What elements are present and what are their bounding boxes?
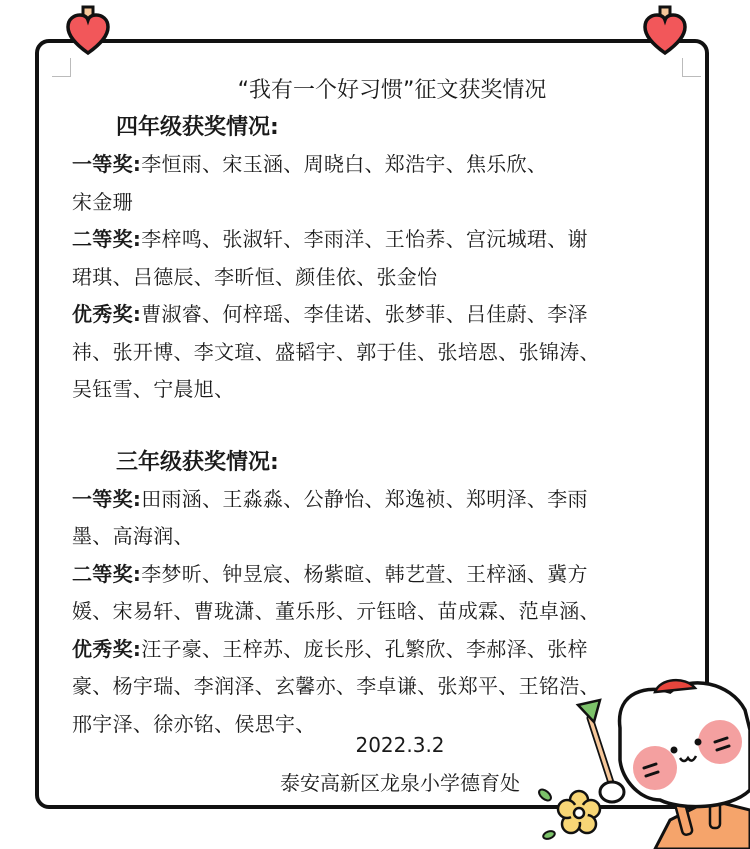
award-label: 一等奖: <box>72 487 141 511</box>
award-label: 一等奖: <box>72 152 141 176</box>
award-names: 宋金珊 <box>72 190 133 214</box>
award-line: 宋金珊 <box>72 184 692 222</box>
heart-pin-icon <box>641 5 689 57</box>
award-names: 墨、高海润、 <box>72 524 194 548</box>
award-line: 媛、宋易轩、曹珑潇、董乐彤、亓钰晗、苗成霖、范卓涵、 <box>72 593 692 631</box>
award-label: 优秀奖: <box>72 302 141 326</box>
grade-heading: 三年级获奖情况: <box>72 445 692 481</box>
page-title: “我有一个好习惯”征文获奖情况 <box>92 72 692 110</box>
award-line: 二等奖:李梓鸣、张淑轩、李雨洋、王怡荞、宫沅城珺、谢 <box>72 221 692 259</box>
grade-heading: 四年级获奖情况: <box>72 110 692 146</box>
award-label: 二等奖: <box>72 562 141 586</box>
award-line: 优秀奖:曹淑睿、何梓瑶、李佳诺、张梦菲、吕佳蔚、李泽 <box>72 296 692 334</box>
corner-mark <box>52 58 71 77</box>
award-line: 二等奖:李梦昕、钟昱宸、杨紫暄、韩艺萱、王梓涵、冀方 <box>72 556 692 594</box>
award-label: 二等奖: <box>72 227 141 251</box>
award-names: 田雨涵、王淼淼、公静怡、郑逸祯、郑明泽、李雨 <box>141 487 588 511</box>
award-names: 邢宇泽、徐亦铭、侯思宇、 <box>72 712 316 736</box>
award-line: 优秀奖:汪子豪、王梓苏、庞长彤、孔繁欣、李郝泽、张梓 <box>72 631 692 669</box>
award-names: 曹淑睿、何梓瑶、李佳诺、张梦菲、吕佳蔚、李泽 <box>141 302 588 326</box>
notice-content: “我有一个好习惯”征文获奖情况 四年级获奖情况: 一等奖:李恒雨、宋玉涵、周晓白… <box>72 72 692 743</box>
award-names: 李梓鸣、张淑轩、李雨洋、王怡荞、宫沅城珺、谢 <box>141 227 588 251</box>
award-line: 珺琪、吕德辰、李昕恒、颜佳依、张金怡 <box>72 259 692 297</box>
award-line: 吴钰雪、宁晨旭、 <box>72 371 692 409</box>
heart-pin-icon <box>64 5 112 57</box>
award-names: 吴钰雪、宁晨旭、 <box>72 377 234 401</box>
award-names: 豪、杨宇瑞、李润泽、玄馨亦、李卓谦、张郑平、王铭浩、 <box>72 674 600 698</box>
award-line: 一等奖:李恒雨、宋玉涵、周晓白、郑浩宇、焦乐欣、 <box>72 146 692 184</box>
award-line: 墨、高海润、 <box>72 518 692 556</box>
award-names: 媛、宋易轩、曹珑潇、董乐彤、亓钰晗、苗成霖、范卓涵、 <box>72 599 600 623</box>
award-names: 珺琪、吕德辰、李昕恒、颜佳依、张金怡 <box>72 265 437 289</box>
section-spacer <box>72 409 692 445</box>
cat-painter-illustration <box>560 670 750 849</box>
award-names: 祎、张开博、李文瑄、盛韬宇、郭于佳、张培恩、张锦涛、 <box>72 340 600 364</box>
award-names: 汪子豪、王梓苏、庞长彤、孔繁欣、李郝泽、张梓 <box>141 637 588 661</box>
award-line: 一等奖:田雨涵、王淼淼、公静怡、郑逸祯、郑明泽、李雨 <box>72 481 692 519</box>
award-names: 李恒雨、宋玉涵、周晓白、郑浩宇、焦乐欣、 <box>141 152 547 176</box>
award-names: 李梦昕、钟昱宸、杨紫暄、韩艺萱、王梓涵、冀方 <box>141 562 588 586</box>
issue-date: 2022.3.2 <box>200 733 600 757</box>
award-line: 祎、张开博、李文瑄、盛韬宇、郭于佳、张培恩、张锦涛、 <box>72 334 692 372</box>
award-label: 优秀奖: <box>72 637 141 661</box>
